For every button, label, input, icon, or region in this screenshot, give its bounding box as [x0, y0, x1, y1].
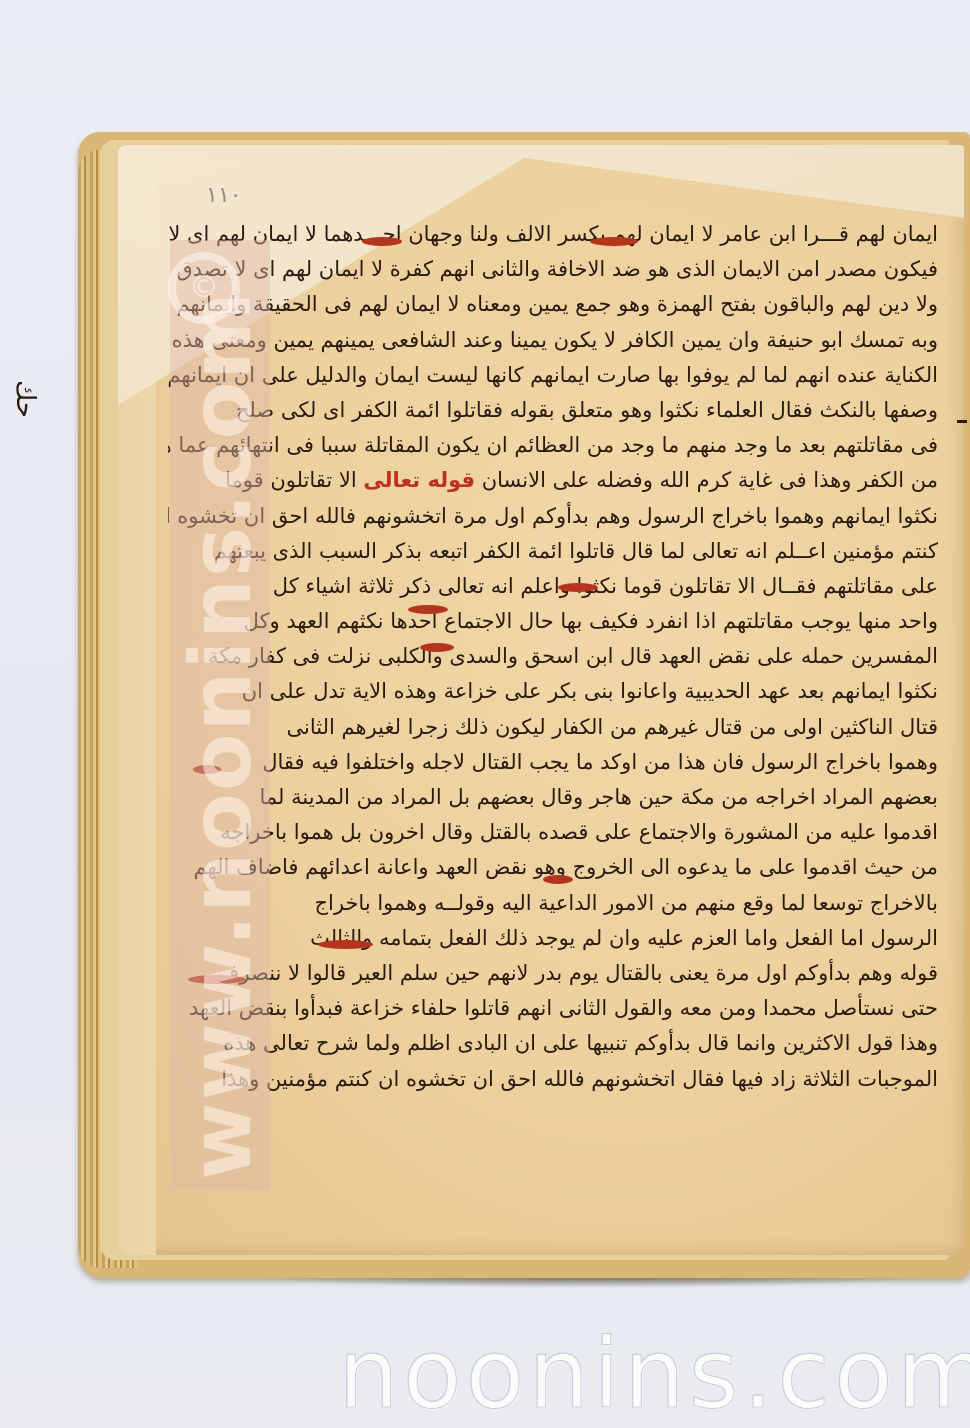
text-line: من الكفر وهذا فى غاية كرم الله وفضله على… [168, 463, 938, 498]
text-line: حتى نستأصل محمدا ومن معه والقول الثانى ا… [168, 991, 938, 1026]
text-line: ولا دين لهم والباقون بفتح الهمزة وهو جمع… [168, 287, 938, 322]
text-line: على مقاتلتهم فقــال الا تقاتلون قوما نكث… [168, 569, 938, 604]
text-line: نكثوا ايمانهم بعد عهد الحديبية واعانوا ب… [168, 674, 938, 709]
text-line: وهموا باخراج الرسول فان هذا من اوكد ما ي… [168, 745, 938, 780]
edge-mark [957, 420, 967, 423]
text-line: كنتم مؤمنين اعــلم انه تعالى لما قال قات… [168, 534, 938, 569]
rubric-stroke [420, 643, 454, 652]
rubric-stroke [408, 605, 448, 614]
text-line: الكناية عنده انهم لما لم يوفوا بها صارت … [168, 358, 938, 393]
text-line: نكثوا ايمانهم وهموا باخراج الرسول وهم بد… [168, 499, 938, 534]
text-line: وهذا قول الاكثرين وانما قال بدأوكم تنبيه… [168, 1026, 938, 1061]
text-line: بالاخراج توسعا لما وقع منهم من الامور ال… [168, 886, 938, 921]
text-line: قتال الناكثين اولى من قتال غيرهم من الكف… [168, 710, 938, 745]
text-line: واحد منها يوجب مقاتلتهم اذا انفرد فكيف ب… [168, 604, 938, 639]
bottom-watermark: noonins.com [338, 1318, 970, 1428]
text-block: ايمان لهم قـــرا ابن عامر لا ايمان لهم ب… [168, 217, 938, 1097]
rubric-stroke [318, 940, 373, 949]
text-line: بعضهم المراد اخراجه من مكة حين هاجر وقال… [168, 780, 938, 815]
text-line: اقدموا عليه من المشورة والاجتماع على قصد… [168, 815, 938, 850]
rubric-stroke [590, 237, 638, 246]
text-line: المفسرين حمله على نقض العهد قال ابن اسحق… [168, 639, 938, 674]
rubric-stroke [362, 237, 402, 246]
text-line: فى مقاتلتهم بعد ما وجد منهم ما وجد من ال… [168, 428, 938, 463]
folio-number: ١١٠ [206, 183, 241, 208]
text-line: وبه تمسك ابو حنيفة وان يمين الكافر لا يك… [168, 323, 938, 358]
margin-note: حك [10, 380, 40, 418]
text-line: فيكون مصدر امن الايمان الذى هو ضد الاخاف… [168, 252, 938, 287]
rubric-stroke [543, 875, 573, 884]
text-line: ايمان لهم قـــرا ابن عامر لا ايمان لهم ب… [168, 217, 938, 252]
rubric-stroke [558, 583, 598, 592]
vertical-watermark: www.noonins.com [172, 290, 270, 1180]
text-line: الرسول اما الفعل واما العزم عليه وان لم … [168, 921, 938, 956]
text-line: وصفها بالنكث فقال العلماء نكثوا وهو متعل… [168, 393, 938, 428]
text-line: الموجبات الثلاثة زاد فيها فقال اتخشونهم … [168, 1062, 938, 1097]
rubric-heading: قوله تعالى [363, 468, 475, 492]
text-line: قوله وهم بدأوكم اول مرة يعنى بالقتال يوم… [168, 956, 938, 991]
